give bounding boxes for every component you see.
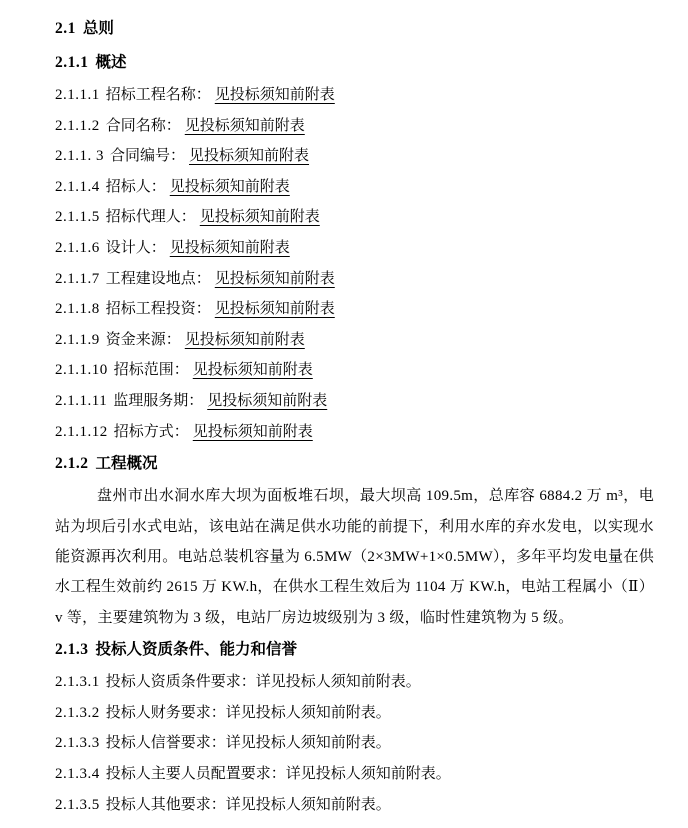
clause-number: 2.1.1.12 xyxy=(55,424,108,440)
clause-number: 2.1.1.5 xyxy=(55,209,100,225)
clause-2-1-3-3: 2.1.3.3投标人信誉要求：详见投标人须知前附表。 xyxy=(55,728,654,759)
clause-label: 设计人： xyxy=(106,240,166,256)
clause-text: 投标人主要人员配置要求：详见投标人须知前附表。 xyxy=(106,766,451,782)
clause-label: 资金来源： xyxy=(106,332,181,348)
clause-number: 2.1.3.3 xyxy=(55,735,100,751)
clause-reference-value: 见投标须知前附表 xyxy=(215,301,335,317)
clause-number: 2.1.1.1 xyxy=(55,87,100,103)
clause-2-1-3-4: 2.1.3.4投标人主要人员配置要求：详见投标人须知前附表。 xyxy=(55,759,654,790)
section-title: 总则 xyxy=(83,20,114,37)
clause-reference-value: 见投标须知前附表 xyxy=(207,393,327,409)
clause-reference-value: 见投标须知前附表 xyxy=(185,118,305,134)
clause-2-1-3-1: 2.1.3.1投标人资质条件要求：详见投标人须知前附表。 xyxy=(55,667,654,698)
clause-number: 2.1.1.6 xyxy=(55,240,100,256)
clause-reference-value: 见投标须知前附表 xyxy=(215,271,335,287)
clause-number: 2.1.3.2 xyxy=(55,705,100,721)
clause-label: 合同编号： xyxy=(110,148,185,164)
clause-reference-value: 见投标须知前附表 xyxy=(200,209,320,225)
section-title: 投标人资质条件、能力和信誉 xyxy=(96,641,298,658)
clause-label: 招标工程名称： xyxy=(106,87,211,103)
clause-2-1-1-8: 2.1.1.8招标工程投资：见投标须知前附表 xyxy=(55,294,654,325)
section-title: 概述 xyxy=(96,54,127,71)
section-number: 2.1 xyxy=(55,20,76,37)
section-title: 工程概况 xyxy=(96,455,158,472)
clause-reference-value: 见投标须知前附表 xyxy=(215,87,335,103)
section-number: 2.1.2 xyxy=(55,455,89,472)
clause-number: 2.1.1.7 xyxy=(55,271,100,287)
clause-label: 招标范围： xyxy=(114,362,189,378)
clause-reference-value: 见投标须知前附表 xyxy=(193,362,313,378)
clause-2-1-1-5: 2.1.1.5招标代理人：见投标须知前附表 xyxy=(55,202,654,233)
clause-2-1-1-11: 2.1.1.11监理服务期：见投标须知前附表 xyxy=(55,386,654,417)
project-overview-paragraph: 盘州市出水洞水库大坝为面板堆石坝，最大坝高 109.5m，总库容 6884.2 … xyxy=(55,481,654,633)
clause-number: 2.1.1. 3 xyxy=(55,148,104,164)
clause-reference-value: 见投标须知前附表 xyxy=(170,179,290,195)
clause-2-1-1-4: 2.1.1.4招标人：见投标须知前附表 xyxy=(55,172,654,203)
clause-number: 2.1.1.9 xyxy=(55,332,100,348)
clause-text: 投标人资质条件要求：详见投标人须知前附表。 xyxy=(106,674,421,690)
clause-number: 2.1.1.8 xyxy=(55,301,100,317)
section-number: 2.1.3 xyxy=(55,641,89,658)
clause-2-1-1-1: 2.1.1.1招标工程名称：见投标须知前附表 xyxy=(55,80,654,111)
clause-label: 监理服务期： xyxy=(113,393,203,409)
clause-label: 招标方式： xyxy=(114,424,189,440)
clause-2-1-1-7: 2.1.1.7工程建设地点：见投标须知前附表 xyxy=(55,264,654,295)
clause-number: 2.1.3.4 xyxy=(55,766,100,782)
clause-label: 工程建设地点： xyxy=(106,271,211,287)
clause-number: 2.1.1.11 xyxy=(55,393,107,409)
clause-2-1-3-5: 2.1.3.5投标人其他要求：详见投标人须知前附表。 xyxy=(55,790,654,821)
clause-2-1-1-9: 2.1.1.9资金来源：见投标须知前附表 xyxy=(55,325,654,356)
clause-2-1-3-2: 2.1.3.2投标人财务要求：详见投标人须知前附表。 xyxy=(55,698,654,729)
clause-number: 2.1.1.2 xyxy=(55,118,100,134)
section-heading-2-1: 2.1总则 xyxy=(55,12,654,46)
clause-reference-value: 见投标须知前附表 xyxy=(193,424,313,440)
clause-number: 2.1.3.5 xyxy=(55,797,100,813)
clause-label: 招标代理人： xyxy=(106,209,196,225)
section-number: 2.1.1 xyxy=(55,54,89,71)
clause-2-1-1-12: 2.1.1.12招标方式：见投标须知前附表 xyxy=(55,417,654,448)
clause-2-1-1-10: 2.1.1.10招标范围：见投标须知前附表 xyxy=(55,355,654,386)
section-heading-2-1-1: 2.1.1概述 xyxy=(55,46,654,80)
clause-number: 2.1.1.10 xyxy=(55,362,108,378)
clause-reference-value: 见投标须知前附表 xyxy=(170,240,290,256)
clause-2-1-1-3: 2.1.1. 3合同编号：见投标须知前附表 xyxy=(55,141,654,172)
clause-text: 投标人信誉要求：详见投标人须知前附表。 xyxy=(106,735,391,751)
clause-number: 2.1.3.1 xyxy=(55,674,100,690)
section-heading-2-1-3: 2.1.3投标人资质条件、能力和信誉 xyxy=(55,633,654,667)
clause-text: 投标人财务要求：详见投标人须知前附表。 xyxy=(106,705,391,721)
clause-label: 招标人： xyxy=(106,179,166,195)
clause-2-1-1-6: 2.1.1.6设计人：见投标须知前附表 xyxy=(55,233,654,264)
clause-label: 招标工程投资： xyxy=(106,301,211,317)
clause-label: 合同名称： xyxy=(106,118,181,134)
clause-reference-value: 见投标须知前附表 xyxy=(189,148,309,164)
clause-2-1-1-2: 2.1.1.2合同名称：见投标须知前附表 xyxy=(55,111,654,142)
clause-reference-value: 见投标须知前附表 xyxy=(185,332,305,348)
clause-number: 2.1.1.4 xyxy=(55,179,100,195)
clause-text: 投标人其他要求：详见投标人须知前附表。 xyxy=(106,797,391,813)
section-heading-2-1-2: 2.1.2工程概况 xyxy=(55,447,654,481)
document-page: 2.1总则 2.1.1概述 2.1.1.1招标工程名称：见投标须知前附表 2.1… xyxy=(0,0,688,828)
